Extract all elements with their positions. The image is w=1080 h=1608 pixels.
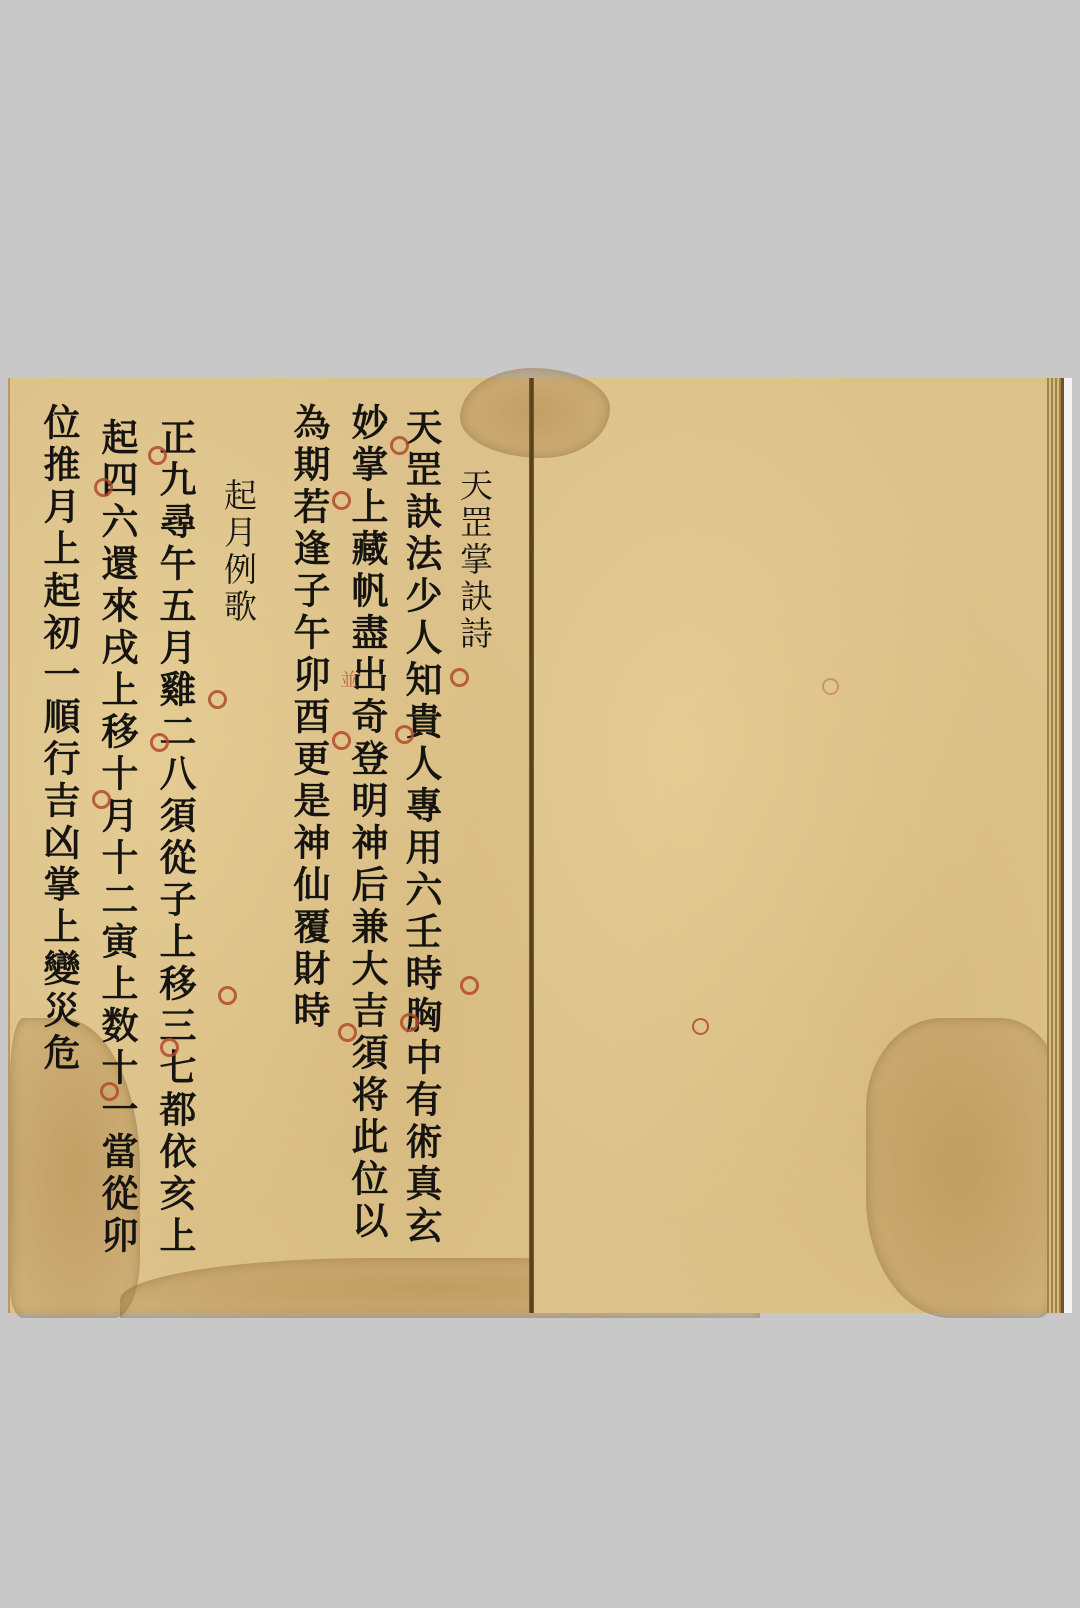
red-punctuation-mark (92, 790, 111, 809)
red-punctuation-mark (332, 731, 351, 750)
red-mark (822, 678, 839, 695)
page-edge-white (1064, 378, 1072, 1313)
text-column: 妙掌上藏帆盡出奇登明神后兼大吉須将此位以 (348, 403, 385, 1243)
text-column: 起四六還來戌上移十月十二寅上数十一當從卯 (98, 418, 135, 1258)
section-subtitle: 起月例歌 (222, 478, 255, 626)
red-punctuation-mark (208, 690, 227, 709)
text-column: 為期若逢子午卯酉更是神仙覆財時 (290, 403, 327, 1033)
red-punctuation-mark (450, 668, 469, 687)
red-marginal-note: 並 (340, 666, 358, 692)
book-spine-fold (529, 378, 534, 1313)
red-punctuation-mark (150, 733, 169, 752)
text-column: 位推月上起初一順行吉凶掌上變災危 (40, 403, 77, 1075)
red-punctuation-mark (395, 725, 414, 744)
red-punctuation-mark (218, 986, 237, 1005)
red-punctuation-mark (148, 446, 167, 465)
text-column: 天罡訣法少人知貴人專用六壬時胸中有術真玄 (402, 408, 439, 1248)
red-punctuation-mark (94, 478, 113, 497)
open-book: 天罡掌訣詩 天罡訣法少人知貴人專用六壬時胸中有術真玄 妙掌上藏帆盡出奇登明神后兼… (8, 378, 1072, 1313)
page-edges (1047, 378, 1064, 1313)
red-punctuation-mark (100, 1082, 119, 1101)
red-punctuation-mark (338, 1023, 357, 1042)
red-punctuation-mark (332, 491, 351, 510)
water-stain (866, 1018, 1056, 1318)
poem-title: 天罡掌訣詩 (458, 468, 491, 653)
left-page: 天罡掌訣詩 天罡訣法少人知貴人專用六壬時胸中有術真玄 妙掌上藏帆盡出奇登明神后兼… (8, 378, 534, 1313)
text-column: 正九尋午五月雞二八須從子上移三七都依亥上 (156, 418, 193, 1258)
red-mark (692, 1018, 709, 1035)
red-punctuation-mark (390, 436, 409, 455)
red-punctuation-mark (400, 1013, 419, 1032)
water-stain (460, 368, 610, 458)
red-punctuation-mark (460, 976, 479, 995)
red-punctuation-mark (160, 1038, 179, 1057)
